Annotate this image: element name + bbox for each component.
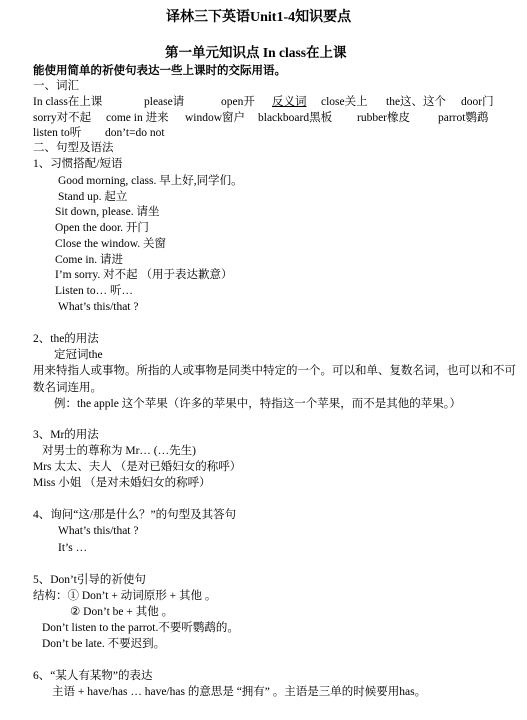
- section-3-line: Mrs 太太、夫人 （是对已婚妇女的称呼）: [33, 460, 241, 475]
- section-4-line: It’s …: [58, 541, 87, 556]
- section-5-heading: 5、Don’t引导的祈使句: [33, 573, 146, 588]
- grammar-heading: 二、句型及语法: [33, 141, 114, 156]
- document-title: 译林三下英语Unit1-4知识要点: [166, 10, 351, 25]
- vocab-item: blackboard黑板: [258, 111, 332, 126]
- section-3-line: 对男士的尊称为 Mr… (…先生): [42, 444, 196, 459]
- phrase-line: Stand up. 起立: [58, 190, 127, 205]
- section-3-heading: 3、Mr的用法: [33, 428, 99, 443]
- section-6-heading: 6、“某人有某物”的表达: [33, 669, 152, 684]
- vocab-antonym-label: 反义词: [272, 95, 307, 110]
- phrase-line: Listen to… 听…: [55, 284, 133, 299]
- phrase-line: What’s this/that ?: [58, 300, 138, 315]
- vocab-item: rubber橡皮: [357, 111, 410, 126]
- phrase-line: Come in. 请进: [55, 253, 123, 268]
- section-3-line: Miss 小姐 （是对未婚妇女的称呼）: [33, 476, 211, 491]
- vocab-item: come in 进来: [106, 111, 169, 126]
- phrase-line: I’m sorry. 对不起 （用于表达歉意）: [55, 268, 233, 283]
- vocab-item: In class在上课: [33, 95, 102, 110]
- phrase-line: Good morning, class. 早上好,同学们。: [58, 174, 243, 189]
- section-2-sub: 定冠词the: [54, 348, 103, 363]
- vocab-item: parrot鹦鹉: [438, 111, 488, 126]
- vocab-heading: 一、词汇: [33, 79, 79, 94]
- section-5-structure-1: 结构：① Don’t + 动词原形 + 其他 。: [33, 589, 216, 604]
- vocab-item: please请: [144, 95, 184, 110]
- section-4-line: What’s this/that ?: [58, 524, 138, 539]
- vocab-item: close关上: [321, 95, 368, 110]
- section-2-body: 用来特指人或事物。所指的人或事物是同类中特定的一个。可以和单、复数名词，也可以和…: [33, 363, 523, 397]
- phrase-line: Sit down, please. 请坐: [55, 205, 159, 220]
- vocab-item: door门: [461, 95, 494, 110]
- vocab-item: listen to听: [33, 126, 81, 141]
- vocab-item: sorry对不起: [33, 111, 91, 126]
- section-1-heading: 1、习惯搭配/短语: [33, 157, 122, 172]
- vocab-item: the这、这个: [386, 95, 446, 110]
- section-5-structure-2: ② Don’t be + 其他 。: [70, 605, 173, 620]
- unit-goal: 能使用简单的祈使句表达一些上课时的交际用语。: [33, 64, 286, 79]
- unit1-title: 第一单元知识点 In class在上课: [165, 45, 347, 60]
- vocab-item: window窗户: [185, 111, 245, 126]
- vocab-item: don’t=do not: [105, 126, 165, 141]
- phrase-line: Close the window. 关窗: [55, 237, 166, 252]
- section-4-heading: 4、询问“这/那是什么？”的句型及其答句: [33, 508, 236, 523]
- section-5-example: Don’t listen to the parrot.不要听鹦鹉的。: [42, 621, 239, 636]
- vocab-item: open开: [221, 95, 255, 110]
- section-2-heading: 2、the的用法: [33, 332, 99, 347]
- section-5-example: Don’t be late. 不要迟到。: [42, 637, 165, 652]
- phrase-line: Open the door. 开门: [55, 221, 149, 236]
- section-2-example: 例：the apple 这个苹果（许多的苹果中，特指这一个苹果，而不是其他的苹果…: [54, 397, 461, 412]
- section-6-line: 主语 + have/has … have/has 的意思是 “拥有” 。主语是三…: [52, 685, 426, 700]
